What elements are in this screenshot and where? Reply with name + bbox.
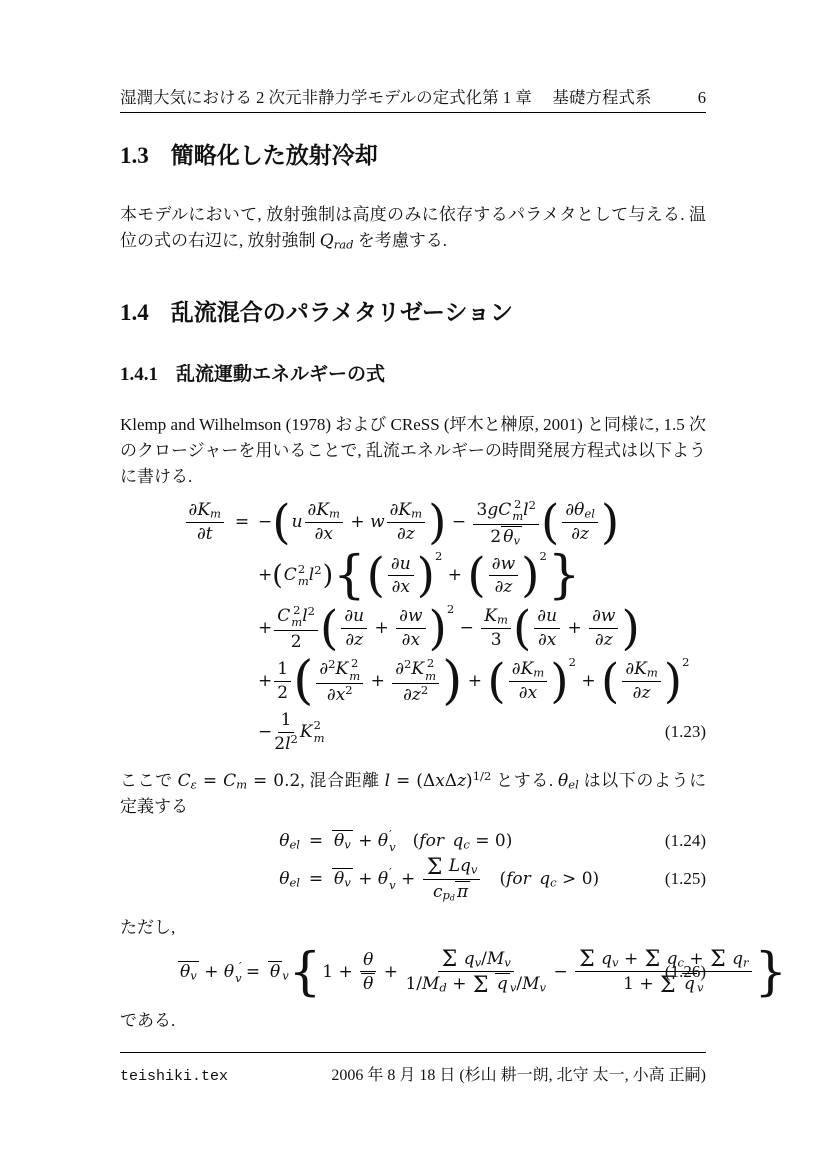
equation-rhs: θv + θ′v (for qc = 0) [332,828,706,853]
inline-math: θel [558,771,579,791]
page-header: 湿潤大気における 2 次元非静力学モデルの定式化第 1 章 基礎方程式系 6 [120,88,706,109]
equation-rhs: −12l2K2m [258,710,706,754]
equation-row: θel=θv + θ′v + Σ Lqvcpdπ (for qc > 0)(1.… [270,856,706,903]
equation-lhs: θv + θ′v [178,960,238,985]
section-title: 簡略化した放射冷却 [171,137,378,170]
footer-date-authors: 2006 年 8 月 18 日 (杉山 耕一朗, 北守 太一, 小高 正嗣) [331,1062,706,1085]
section-number: 1.4 [120,300,149,326]
page-number: 6 [698,88,706,109]
subsection-1-4-1-heading: 1.4.1 乱流運動エネルギーの式 [120,359,706,386]
paragraph-radiative-forcing: 本モデルにおいて, 放射強制は高度のみに依存するパラメタとして与える. 温位の式… [120,202,706,254]
paragraph-dearu: である. [120,1008,706,1034]
section-number: 1.3 [120,143,149,169]
header-rule [120,112,706,113]
equation-row: +C2ml22(∂u∂z + ∂w∂x)2 − Km3(∂u∂x + ∂w∂z) [170,604,706,652]
equation-row: ∂Km∂t=−(u∂Km∂x + w∂Km∂z) − 3gC2ml22θv(∂θ… [170,498,706,547]
equation-rhs: θv + θ′v + Σ Lqvcpdπ (for qc > 0) [332,856,706,903]
equation-rhs: +C2ml22(∂u∂z + ∂w∂x)2 − Km3(∂u∂x + ∂w∂z) [258,604,706,652]
equation-number: (1.25) [665,869,706,889]
document-page: 湿潤大気における 2 次元非静力学モデルの定式化第 1 章 基礎方程式系 6 1… [0,0,826,1169]
equation-row: +(C2ml2){(∂u∂x)2 + (∂w∂z)2} [170,550,706,601]
equation-rhs: +(C2ml2){(∂u∂x)2 + (∂w∂z)2} [258,550,706,601]
equation-lhs: θel [270,831,300,851]
equation-relation: = [238,962,268,982]
equation-lhs: θel [270,869,300,889]
equation-row: θel=θv + θ′v (for qc = 0)(1.24) [270,828,706,853]
inline-math: Qrad [320,231,354,251]
equation-row: θv + θ′v=θv{1 + θθ + Σ qv/Mv1/Md + Σ qv/… [178,947,706,998]
equation-1-23: ∂Km∂t=−(u∂Km∂x + w∂Km∂z) − 3gC2ml22θv(∂θ… [170,498,706,755]
subsection-title: 乱流運動エネルギーの式 [176,359,385,386]
section-1-3-heading: 1.3 簡略化した放射冷却 [120,137,706,170]
equation-relation: = [300,869,332,889]
paragraph-constants: ここで Cε = Cm = 0.2, 混合距離 l = (ΔxΔz)1/2 とす… [120,768,706,820]
equation-rhs: −(u∂Km∂x + w∂Km∂z) − 3gC2ml22θv(∂θel∂z) [258,498,706,547]
header-doc-title: 湿潤大気における 2 次元非静力学モデルの定式化 [120,88,482,109]
page-footer: teishiki.tex 2006 年 8 月 18 日 (杉山 耕一朗, 北守… [120,1052,706,1085]
equation-number: (1.24) [665,831,706,851]
equation-rhs: +12(∂2K2m∂x2 + ∂2K2m∂z2) + (∂Km∂x)2 + (∂… [258,655,706,707]
inline-math: l = (ΔxΔz)1/2 [385,771,492,791]
equation-relation: = [226,512,258,532]
equation-number: (1.26) [665,962,706,982]
header-chapter: 第 1 章 基礎方程式系 [482,88,651,109]
inline-math: Cε = Cm = 0.2 [178,771,301,791]
equation-rhs: θv{1 + θθ + Σ qv/Mv1/Md + Σ qv/Mv − Σ qv… [268,947,787,998]
equation-number: (1.23) [665,722,706,742]
paragraph-tadashi: ただし, [120,915,706,941]
equation-relation: = [300,831,332,851]
equation-row: −12l2K2m(1.23) [170,710,706,754]
equation-row: +12(∂2K2m∂x2 + ∂2K2m∂z2) + (∂Km∂x)2 + (∂… [170,655,706,707]
section-title: 乱流混合のパラメタリゼーション [171,294,513,327]
equation-1-26: θv + θ′v=θv{1 + θθ + Σ qv/Mv1/Md + Σ qv/… [178,947,706,998]
equation-lhs: ∂Km∂t [170,500,226,544]
paragraph-closure-intro: Klemp and Wilhelmson (1978) および CReSS (坪… [120,412,706,490]
subsection-number: 1.4.1 [120,364,158,386]
equation-1-24-1-25: θel=θv + θ′v (for qc = 0)(1.24)θel=θv + … [270,828,706,903]
section-1-4-heading: 1.4 乱流混合のパラメタリゼーション [120,294,706,327]
footer-filename: teishiki.tex [120,1068,228,1085]
